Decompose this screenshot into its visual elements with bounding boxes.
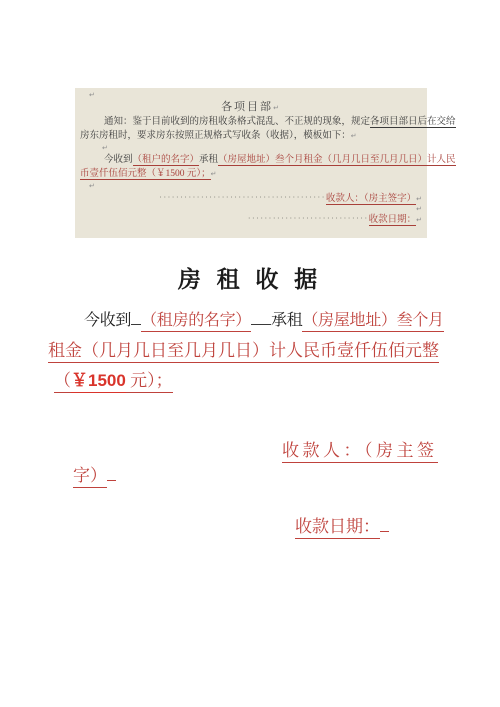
receipt-amount-text: 币壹仟伍佰元整（￥1500 元）； [80, 169, 211, 180]
paragraph-mark-line: ↵ [80, 143, 422, 154]
receipt-title: 房 租 收 据 [0, 261, 500, 294]
amount-open-paren: （ [54, 371, 71, 393]
payee-label: 收款人：（房主签字） [326, 194, 416, 205]
body-mid: 承租 [271, 312, 302, 329]
dot-leader: ········································ [159, 193, 326, 202]
notice-paragraph-line1: 通知：鉴于目前收到的房租收条格式混乱、不正规的现象，规定各项目部日后在交给 [80, 116, 422, 130]
body-rent-period: 租金（几月几日至几月几日）计人民币壹仟伍佰元整 [48, 341, 439, 363]
pilcrow-icon: ↵ [89, 182, 95, 190]
paragraph-mark-line: ↵ [80, 90, 422, 100]
notice-text-underlined: 各项目部日后在交给 [370, 117, 456, 128]
signature-blank [107, 463, 116, 481]
template-receipt-line1: 今收到（租户的名字）承租（房屋地址）叁个月租金（几月几日至几月几日）计人民 [80, 154, 422, 168]
body-detail: （房屋地址）叁个月 [302, 312, 443, 332]
date-label: 收款日期： [369, 215, 417, 226]
pilcrow-icon: ↵ [273, 104, 281, 112]
payee-label-wrap: 字） [73, 466, 107, 488]
dot-leader: ····························· [248, 214, 369, 223]
payee-line1: 收款人：（房主签 [48, 438, 488, 463]
tenant-name-placeholder: （租房的名字） [141, 312, 251, 332]
notice-paragraph-line2: 房东房租时，要求房东按照正规格式写收条（收据），模板如下：↵ [80, 130, 422, 144]
receipt-prefix: 今收到 [104, 155, 133, 165]
payee-signature-block: 收款人：（房主签 字） [48, 438, 488, 488]
pilcrow-icon: ↵ [351, 132, 357, 140]
receipt-body-line3: （￥1500 元）； [48, 366, 488, 396]
fill-in-blank [251, 308, 271, 325]
tenant-name-placeholder: （租户的名字） [133, 155, 200, 166]
pilcrow-icon: ↵ [89, 91, 95, 99]
amount-close: 元）； [126, 371, 173, 393]
pilcrow-icon: ↵ [416, 216, 422, 224]
notice-text: 通知：鉴于目前收到的房租收条格式混乱、不正规的现象，规定 [104, 117, 370, 127]
pilcrow-icon: ↵ [211, 170, 217, 178]
amount-value: ￥1500 [71, 371, 126, 393]
date-line1: 收款日期： [48, 514, 488, 539]
paragraph-mark-line: ↵ [80, 181, 422, 191]
date-blank [380, 514, 389, 532]
receipt-mid: 承租 [199, 155, 218, 165]
receipt-date-block: 收款日期： [48, 514, 488, 539]
payee-line2: 字） [48, 463, 488, 488]
receipt-detail: （房屋地址）叁个月租金（几月几日至几月几日）计人民 [218, 155, 456, 166]
notice-title-text: 各项目部 [221, 101, 273, 113]
notice-box: ↵ 各项目部↵ 通知：鉴于目前收到的房租收条格式混乱、不正规的现象，规定各项目部… [75, 88, 427, 238]
body-prefix: 今收到 [84, 312, 131, 329]
pilcrow-icon: ↵ [416, 195, 422, 203]
pilcrow-icon: ↵ [102, 144, 108, 152]
notice-title: 各项目部↵ [80, 100, 422, 116]
template-payee-line: ········································… [80, 191, 422, 206]
notice-text: 房东房租时，要求房东按照正规格式写收条（收据），模板如下： [80, 131, 351, 141]
template-date-line: ·····························收款日期：↵ [80, 212, 422, 227]
payee-label: 收款人：（房主签 [282, 441, 438, 463]
date-label: 收款日期： [295, 517, 380, 539]
fill-in-blank [131, 308, 141, 325]
receipt-body: 今收到（租房的名字）承租（房屋地址）叁个月 租金（几月几日至几月几日）计人民币壹… [48, 306, 488, 396]
receipt-body-line1: 今收到（租房的名字）承租（房屋地址）叁个月 [48, 306, 488, 336]
template-receipt-line2: 币壹仟伍佰元整（￥1500 元）；↵ [80, 168, 422, 182]
receipt-body-line2: 租金（几月几日至几月几日）计人民币壹仟伍佰元整 [48, 336, 488, 366]
